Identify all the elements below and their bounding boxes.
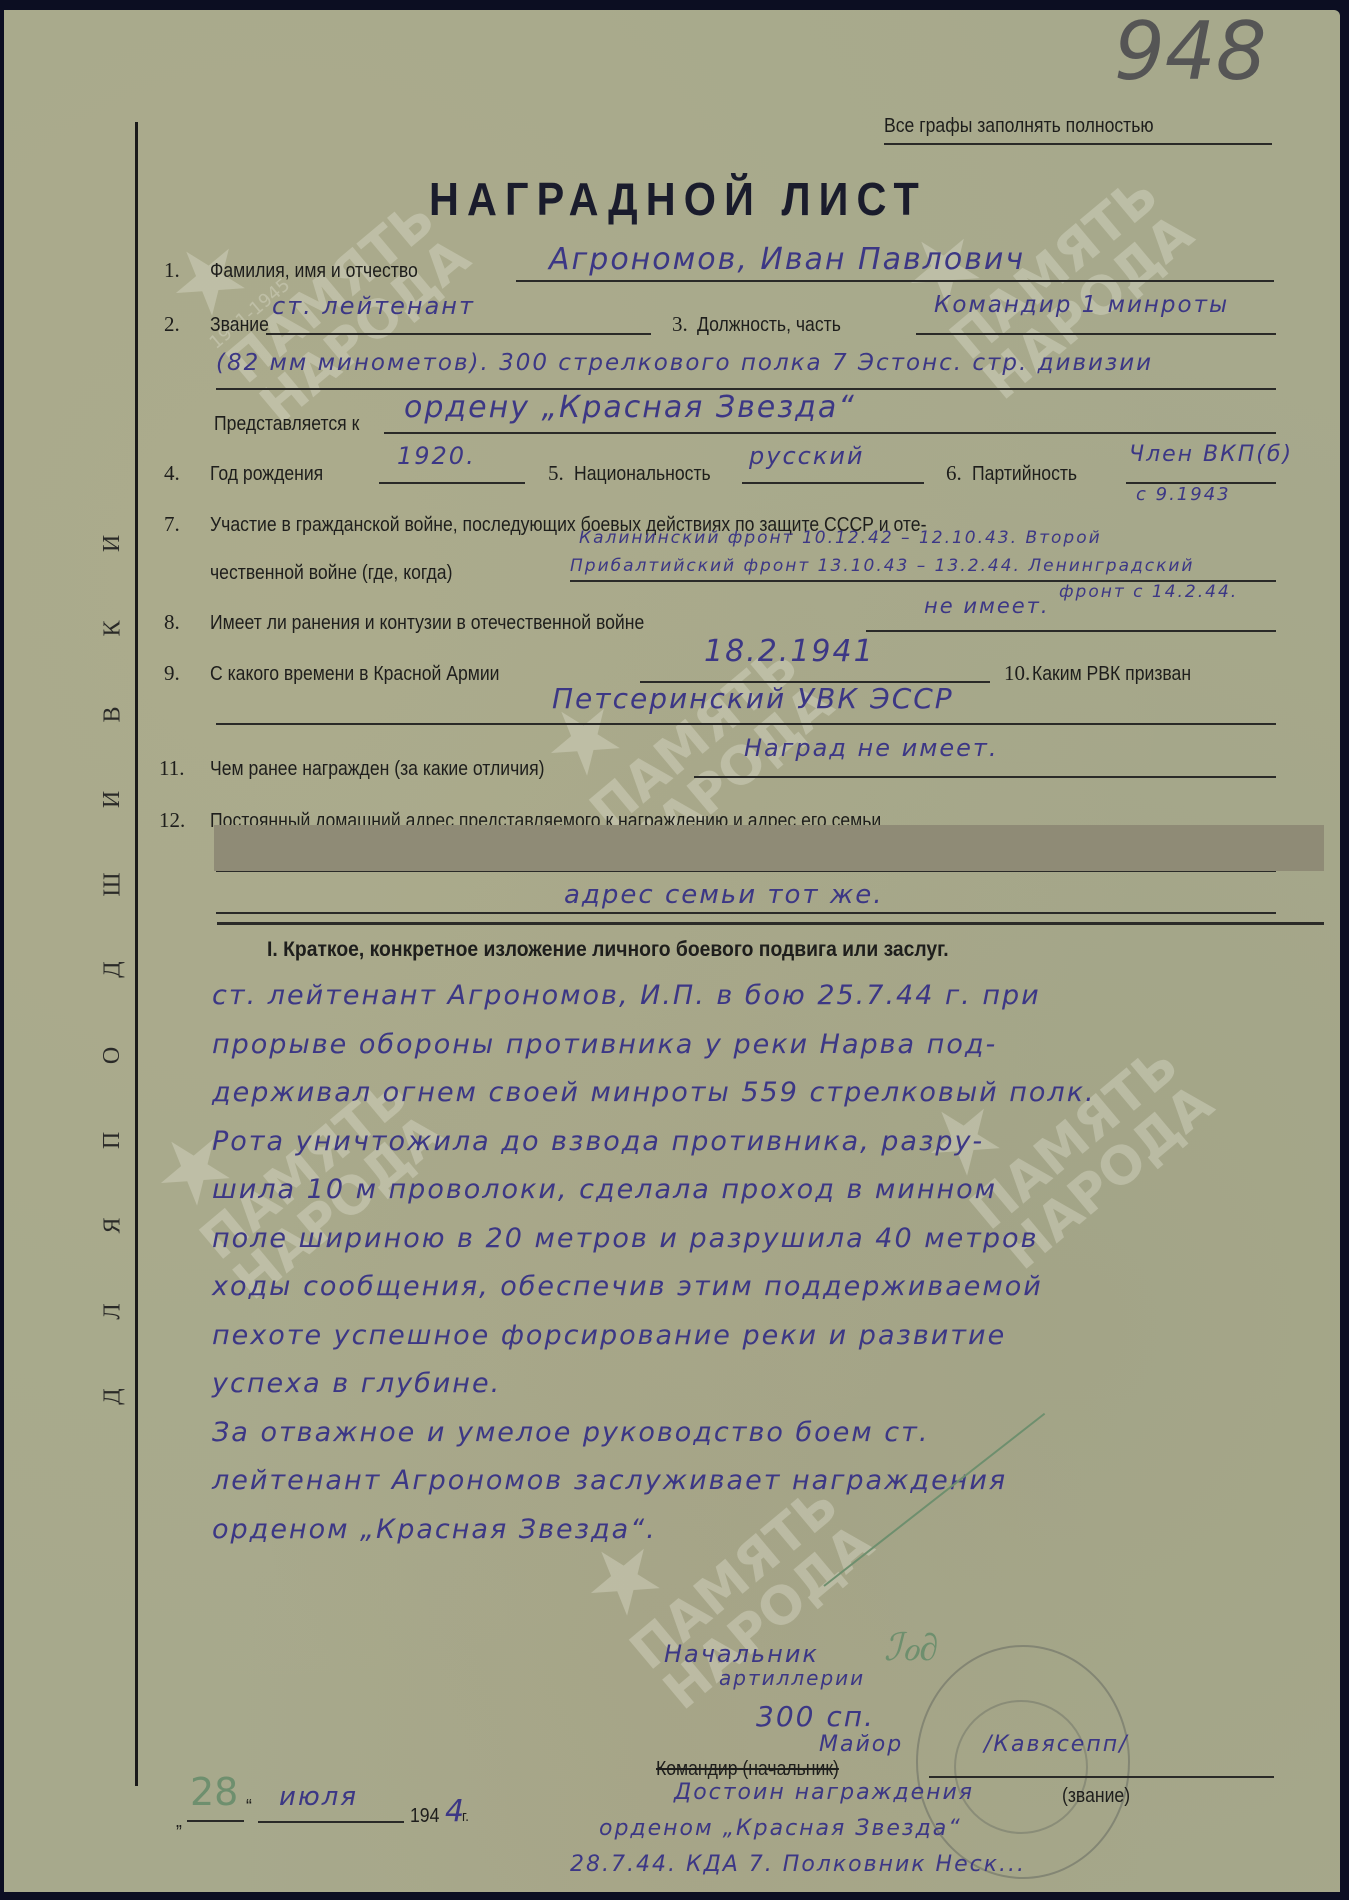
margin-letter: И bbox=[100, 791, 127, 808]
field-value-position: Командир 1 минроты bbox=[934, 292, 1229, 318]
date-month: июля bbox=[279, 1782, 358, 1812]
field-label-army-since: С какого времени в Красной Армии bbox=[210, 663, 500, 686]
field-label-party: Партийность bbox=[972, 463, 1077, 486]
divider bbox=[884, 143, 1272, 145]
narrative-line: ст. лейтенант Агрономов, И.П. в бою 25.7… bbox=[212, 980, 1041, 1011]
field-value-unit: (82 мм минометов). 300 стрелкового полка… bbox=[216, 350, 1153, 376]
resolution-line-2: орденом „Красная Звезда“ bbox=[599, 1816, 962, 1841]
margin-label-for-binding: ДЛЯПОДШИВКИ bbox=[98, 530, 128, 1410]
date-quote-open: „ bbox=[176, 1810, 182, 1833]
section-title: I. Краткое, конкретное изложение личного… bbox=[267, 938, 949, 962]
field-value-previous-awards: Наград не имеет. bbox=[744, 734, 998, 762]
top-note: Все графы заполнять полностью bbox=[884, 115, 1154, 138]
green-signature: ℐℴ∂ bbox=[884, 1625, 938, 1670]
narrative-line: шила 10 м проволоки, сделала проход в ми… bbox=[212, 1174, 997, 1205]
margin-letter: Л bbox=[100, 1303, 127, 1319]
field-line bbox=[694, 776, 1276, 778]
narrative-line: орденом „Красная Звезда“. bbox=[212, 1514, 657, 1545]
field-value-address: адрес семьи тот же. bbox=[564, 880, 884, 910]
field-label-nationality: Национальность bbox=[574, 463, 711, 486]
field-label-wounds: Имеет ли ранения и контузии в отечествен… bbox=[210, 612, 644, 635]
field-number: 3. bbox=[672, 312, 688, 337]
margin-letter: Я bbox=[99, 1218, 126, 1234]
field-number: 11. bbox=[159, 756, 184, 781]
field-line bbox=[216, 723, 1276, 725]
field-number: 9. bbox=[164, 661, 180, 686]
field-number: 4. bbox=[164, 461, 180, 486]
field-value-war-2: Прибалтийский фронт 13.10.43 – 13.2.44. … bbox=[570, 556, 1194, 576]
stamp-emblem bbox=[954, 1700, 1088, 1834]
date-line bbox=[258, 1821, 404, 1823]
field-label-war-participation-cont: чественной войне (где, когда) bbox=[210, 562, 452, 585]
field-number: 12. bbox=[159, 808, 185, 833]
field-line bbox=[216, 871, 1276, 872]
field-line bbox=[266, 333, 651, 335]
margin-letter: О bbox=[100, 1047, 127, 1064]
field-number: 1. bbox=[164, 258, 180, 283]
field-note-party: с 9.1943 bbox=[1136, 484, 1231, 505]
field-number: 5. bbox=[548, 461, 564, 486]
field-number: 8. bbox=[164, 610, 180, 635]
narrative-line: ходы сообщения, обеспечив этим поддержив… bbox=[212, 1271, 1043, 1302]
narrative-line: лейтенант Агрономов заслуживает награжде… bbox=[212, 1465, 1007, 1496]
date-year-prefix: 194 bbox=[410, 1805, 439, 1828]
field-number: 10. bbox=[1004, 661, 1030, 686]
date-line bbox=[187, 1820, 244, 1822]
field-value-rvk: Петсеринский УВК ЭССР bbox=[552, 682, 954, 715]
narrative-line: прорыве обороны противника у реки Нарва … bbox=[212, 1029, 997, 1060]
field-value-war-3: фронт с 14.2.44. bbox=[1059, 582, 1238, 602]
field-value-war-1: Калининский фронт 10.12.42 – 12.10.43. В… bbox=[579, 528, 1102, 548]
margin-letter: В bbox=[99, 706, 126, 722]
field-value-party: Член ВКП(б) bbox=[1129, 442, 1293, 467]
field-label-award: Представляется к bbox=[214, 413, 359, 436]
signer-rank: Майор bbox=[819, 1732, 903, 1757]
field-line bbox=[516, 280, 1274, 282]
date-quote-close: “ bbox=[246, 1796, 252, 1819]
margin-line bbox=[135, 122, 138, 1786]
narrative-line: За отважное и умелое руководство боем ст… bbox=[212, 1417, 929, 1448]
field-line bbox=[916, 333, 1276, 335]
commander-label: Командир (начальник) bbox=[656, 1758, 839, 1781]
field-line bbox=[742, 482, 924, 484]
field-value-rank: ст. лейтенант bbox=[272, 292, 475, 320]
field-value-army-since: 18.2.1941 bbox=[704, 634, 875, 669]
field-label-rvk: Каким РВК призван bbox=[1032, 663, 1191, 686]
field-value-nationality: русский bbox=[749, 442, 865, 470]
narrative-line: держивал огнем своей минроты 559 стрелко… bbox=[212, 1077, 1096, 1108]
date-day: 28 bbox=[190, 1770, 238, 1814]
narrative-line: успеха в глубине. bbox=[212, 1368, 501, 1399]
field-number: 6. bbox=[946, 461, 962, 486]
signer-position-2: артиллерии bbox=[719, 1666, 865, 1690]
field-label-previous-awards: Чем ранее награжден (за какие отличия) bbox=[210, 758, 544, 781]
field-line bbox=[379, 482, 525, 484]
signer-position-1: Начальник bbox=[664, 1640, 819, 1668]
field-number: 2. bbox=[164, 312, 180, 337]
margin-letter: Д bbox=[100, 1388, 127, 1404]
field-line bbox=[384, 432, 1276, 434]
resolution-line-1: Достоин награждения bbox=[674, 1780, 974, 1805]
field-label-name: Фамилия, имя и отчество bbox=[210, 260, 418, 283]
archive-number: 948 bbox=[1114, 5, 1267, 98]
date-year-abbr: г. bbox=[462, 1808, 469, 1825]
margin-letter: Ш bbox=[100, 873, 127, 897]
narrative-line: пехоте успешное форсирование реки и разв… bbox=[212, 1320, 1006, 1351]
award-sheet: ★ 1941-1945 ПАМЯТЬ НАРОДА ★ ПАМЯТЬ НАРОД… bbox=[4, 10, 1340, 1892]
field-value-wounds: не имеет. bbox=[924, 594, 1050, 618]
margin-letter: К bbox=[99, 621, 126, 637]
margin-letter: Д bbox=[100, 962, 127, 978]
field-label-birth-year: Год рождения bbox=[210, 463, 323, 486]
signer-position-3: 300 сп. bbox=[756, 1700, 875, 1733]
narrative-line: поле шириною в 20 метров и разрушила 40 … bbox=[212, 1223, 1038, 1254]
signature-line bbox=[929, 1776, 1274, 1778]
rank-label: (звание) bbox=[1062, 1785, 1130, 1808]
section-divider bbox=[217, 922, 1324, 925]
field-number: 7. bbox=[164, 512, 180, 537]
field-value-name: Агрономов, Иван Павлович bbox=[549, 242, 1025, 277]
page-title: НАГРАДНОЙ ЛИСТ bbox=[429, 172, 927, 226]
field-label-rank: Звание bbox=[210, 314, 269, 337]
field-label-position: Должность, часть bbox=[697, 314, 841, 337]
margin-letter: И bbox=[100, 535, 127, 552]
signer-name: /Кавясепп/ bbox=[984, 1732, 1129, 1757]
field-value-award: ордену „Красная Звезда“ bbox=[404, 390, 856, 425]
margin-letter: П bbox=[100, 1132, 127, 1149]
field-value-birth-year: 1920. bbox=[397, 442, 476, 470]
resolution-line-3: 28.7.44. КДА 7. Полковник Неск... bbox=[570, 1852, 1026, 1877]
field-line bbox=[866, 630, 1276, 632]
narrative-line: Рота уничтожила до взвода противника, ра… bbox=[212, 1126, 984, 1157]
redacted-address bbox=[214, 825, 1324, 871]
field-line bbox=[216, 912, 1276, 914]
